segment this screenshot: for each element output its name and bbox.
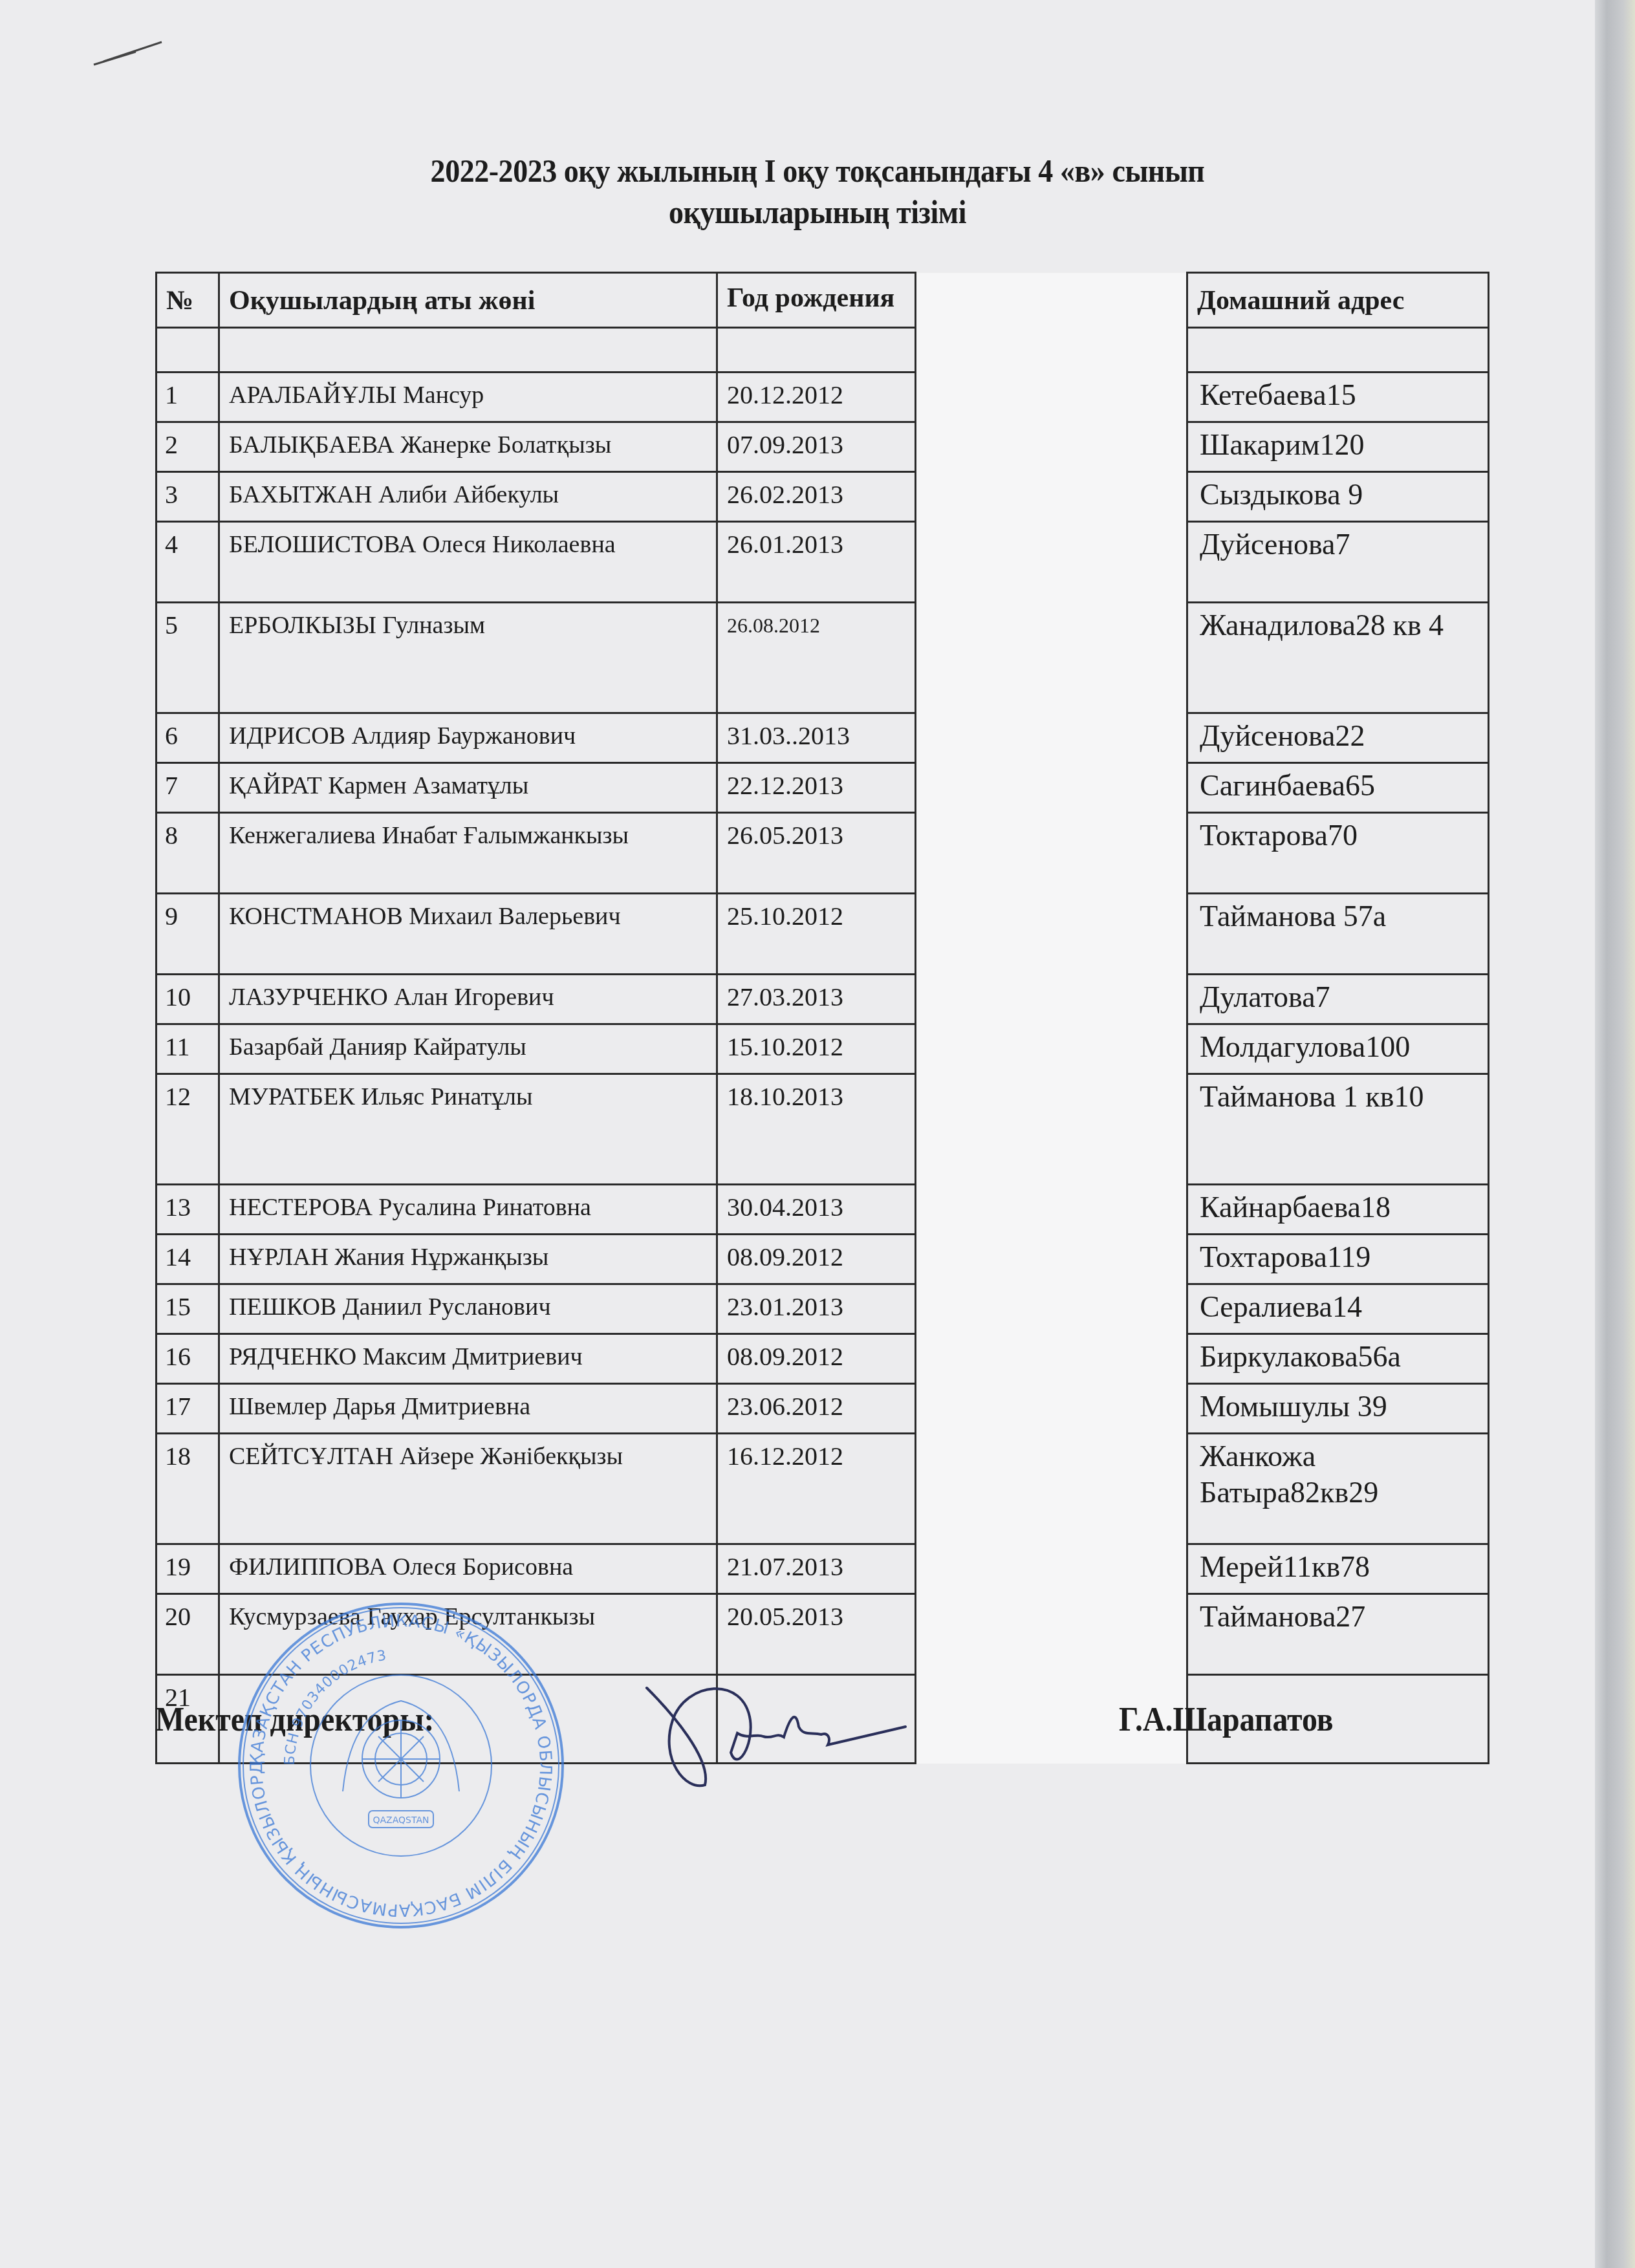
header-birth-date: Год рождения bbox=[717, 273, 916, 328]
iin-covered bbox=[916, 1544, 1187, 1594]
student-name: БАХЫТЖАН Алиби Айбекулы bbox=[219, 472, 717, 522]
director-name: Г.А.Шарапатов bbox=[1119, 1701, 1334, 1739]
iin-covered bbox=[916, 1185, 1187, 1235]
iin-covered bbox=[916, 1235, 1187, 1284]
birth-date: 26.08.2012 bbox=[717, 603, 916, 713]
student-name: МУРАТБЕК Ильяс Ринатұлы bbox=[219, 1074, 717, 1185]
student-list-table: № Оқушылардың аты жөні Год рождения Дома… bbox=[155, 272, 1488, 1764]
home-address: Токтарова70 bbox=[1187, 813, 1489, 894]
student-name: ФИЛИППОВА Олеся Борисовна bbox=[219, 1544, 717, 1594]
birth-date: 26.01.2013 bbox=[717, 522, 916, 603]
row-number: 13 bbox=[157, 1185, 219, 1235]
birth-date: 26.02.2013 bbox=[717, 472, 916, 522]
birth-date: 07.09.2013 bbox=[717, 422, 916, 472]
birth-date: 25.10.2012 bbox=[717, 894, 916, 975]
table-row: 12МУРАТБЕК Ильяс Ринатұлы18.10.2013Тайма… bbox=[157, 1074, 1489, 1185]
home-address: Тайманова 1 кв10 bbox=[1187, 1074, 1489, 1185]
svg-text:QAZAQSTAN: QAZAQSTAN bbox=[373, 1815, 429, 1826]
iin-covered bbox=[916, 813, 1187, 894]
row-number: 15 bbox=[157, 1284, 219, 1334]
home-address: Момышулы 39 bbox=[1187, 1384, 1489, 1434]
iin-covered bbox=[916, 1334, 1187, 1384]
iin-covered bbox=[916, 1024, 1187, 1074]
birth-date: 18.10.2013 bbox=[717, 1074, 916, 1185]
row-number: 17 bbox=[157, 1384, 219, 1434]
home-address: Кетебаева15 bbox=[1187, 373, 1489, 422]
birth-date: 23.06.2012 bbox=[717, 1384, 916, 1434]
row-number: 4 bbox=[157, 522, 219, 603]
home-address: Дуйсенова22 bbox=[1187, 713, 1489, 763]
header-name: Оқушылардың аты жөні bbox=[219, 273, 717, 328]
table-row: 6ИДРИСОВ Алдияр Бауржанович31.03..2013Ду… bbox=[157, 713, 1489, 763]
student-name: АРАЛБАЙҰЛЫ Мансур bbox=[219, 373, 717, 422]
header-number: № bbox=[157, 273, 219, 328]
birth-date: 08.09.2012 bbox=[717, 1334, 916, 1384]
pen-mark bbox=[91, 26, 168, 71]
title-line-1: 2022-2023 оқу жылының І оқу тоқсанындағы… bbox=[65, 150, 1570, 191]
home-address: Жанкожа Батыра82кв29 bbox=[1187, 1434, 1489, 1544]
birth-date: 27.03.2013 bbox=[717, 975, 916, 1024]
home-address: Дуйсенова7 bbox=[1187, 522, 1489, 603]
row-number: 19 bbox=[157, 1544, 219, 1594]
table-row: 15ПЕШКОВ Даниил Русланович23.01.2013Сера… bbox=[157, 1284, 1489, 1334]
birth-date: 22.12.2013 bbox=[717, 763, 916, 813]
home-address: Шакарим120 bbox=[1187, 422, 1489, 472]
student-name: Базарбай Данияр Кайратулы bbox=[219, 1024, 717, 1074]
row-number: 3 bbox=[157, 472, 219, 522]
student-name: РЯДЧЕНКО Максим Дмитриевич bbox=[219, 1334, 717, 1384]
student-name: ИДРИСОВ Алдияр Бауржанович bbox=[219, 713, 717, 763]
birth-date: 20.12.2012 bbox=[717, 373, 916, 422]
row-number: 18 bbox=[157, 1434, 219, 1544]
student-name: БАЛЫҚБАЕВА Жанерке Болатқызы bbox=[219, 422, 717, 472]
student-name: СЕЙТСҰЛТАН Айзере Жәнібекқызы bbox=[219, 1434, 717, 1544]
table-row: 8Кенжегалиева Инабат Ғалымжанкызы26.05.2… bbox=[157, 813, 1489, 894]
student-name: ПЕШКОВ Даниил Русланович bbox=[219, 1284, 717, 1334]
birth-date: 16.12.2012 bbox=[717, 1434, 916, 1544]
header-address: Домашний адрес bbox=[1187, 273, 1489, 328]
iin-covered bbox=[916, 713, 1187, 763]
birth-date: 21.07.2013 bbox=[717, 1544, 916, 1594]
iin-covered bbox=[916, 975, 1187, 1024]
iin-covered bbox=[916, 1384, 1187, 1434]
table-row: 19ФИЛИППОВА Олеся Борисовна21.07.2013Мер… bbox=[157, 1544, 1489, 1594]
empty-row bbox=[157, 328, 1489, 373]
home-address: Сагинбаева65 bbox=[1187, 763, 1489, 813]
row-number: 11 bbox=[157, 1024, 219, 1074]
row-number: 8 bbox=[157, 813, 219, 894]
row-number: 7 bbox=[157, 763, 219, 813]
table-row: 11Базарбай Данияр Кайратулы15.10.2012Мол… bbox=[157, 1024, 1489, 1074]
iin-covered bbox=[916, 472, 1187, 522]
birth-date: 31.03..2013 bbox=[717, 713, 916, 763]
row-number: 5 bbox=[157, 603, 219, 713]
row-number: 14 bbox=[157, 1235, 219, 1284]
student-name: БЕЛОШИСТОВА Олеся Николаевна bbox=[219, 522, 717, 603]
row-number: 16 bbox=[157, 1334, 219, 1384]
birth-date: 26.05.2013 bbox=[717, 813, 916, 894]
document-title: 2022-2023 оқу жылының І оқу тоқсанындағы… bbox=[65, 150, 1570, 233]
home-address: Сыздыкова 9 bbox=[1187, 472, 1489, 522]
title-line-2: оқушыларының тізімі bbox=[65, 191, 1570, 233]
iin-covered bbox=[916, 373, 1187, 422]
row-number: 6 bbox=[157, 713, 219, 763]
student-name: Кенжегалиева Инабат Ғалымжанкызы bbox=[219, 813, 717, 894]
iin-covered bbox=[916, 522, 1187, 603]
table-row: 9КОНСТМАНОВ Михаил Валерьевич25.10.2012Т… bbox=[157, 894, 1489, 975]
table-row: 3БАХЫТЖАН Алиби Айбекулы26.02.2013Сыздык… bbox=[157, 472, 1489, 522]
birth-date: 23.01.2013 bbox=[717, 1284, 916, 1334]
row-number: 10 bbox=[157, 975, 219, 1024]
table-row: 13НЕСТЕРОВА Русалина Ринатовна30.04.2013… bbox=[157, 1185, 1489, 1235]
table-row: 16РЯДЧЕНКО Максим Дмитриевич08.09.2012Би… bbox=[157, 1334, 1489, 1384]
table-row: 7ҚАЙРАТ Кармен Азаматұлы22.12.2013Сагинб… bbox=[157, 763, 1489, 813]
home-address: Тохтарова119 bbox=[1187, 1235, 1489, 1284]
student-name: ЕРБОЛКЫЗЫ Гулназым bbox=[219, 603, 717, 713]
row-number: 20 bbox=[157, 1594, 219, 1675]
table-row: 10ЛАЗУРЧЕНКО Алан Игоревич27.03.2013Дула… bbox=[157, 975, 1489, 1024]
row-number: 12 bbox=[157, 1074, 219, 1185]
official-stamp-icon: ҚАЗАҚСТАН РЕСПУБЛИКАСЫ «ҚЫЗЫЛОРДА ОБЛЫСЫ… bbox=[233, 1597, 569, 1934]
iin-covered bbox=[916, 603, 1187, 713]
student-name: ҚАЙРАТ Кармен Азаматұлы bbox=[219, 763, 717, 813]
scanner-page-edge bbox=[1595, 0, 1635, 2268]
table-row: 4БЕЛОШИСТОВА Олеся Николаевна26.01.2013Д… bbox=[157, 522, 1489, 603]
home-address: Тайманова27 bbox=[1187, 1594, 1489, 1675]
home-address: Кайнарбаева18 bbox=[1187, 1185, 1489, 1235]
iin-covered bbox=[916, 1594, 1187, 1675]
iin-covered bbox=[916, 1074, 1187, 1185]
table-row: 1АРАЛБАЙҰЛЫ Мансур20.12.2012Кетебаева15 bbox=[157, 373, 1489, 422]
student-name: КОНСТМАНОВ Михаил Валерьевич bbox=[219, 894, 717, 975]
signature-icon bbox=[634, 1662, 931, 1798]
student-name: Швемлер Дарья Дмитриевна bbox=[219, 1384, 717, 1434]
table-row: 2БАЛЫҚБАЕВА Жанерке Болатқызы07.09.2013Ш… bbox=[157, 422, 1489, 472]
home-address: Молдагулова100 bbox=[1187, 1024, 1489, 1074]
home-address: Тайманова 57а bbox=[1187, 894, 1489, 975]
home-address: Сералиева14 bbox=[1187, 1284, 1489, 1334]
iin-covered bbox=[916, 422, 1187, 472]
table-row: 17Швемлер Дарья Дмитриевна23.06.2012Момы… bbox=[157, 1384, 1489, 1434]
home-address: Дулатова7 bbox=[1187, 975, 1489, 1024]
header-iin-covered bbox=[916, 273, 1187, 328]
row-number: 9 bbox=[157, 894, 219, 975]
birth-date: 08.09.2012 bbox=[717, 1235, 916, 1284]
table-row: 14НҰРЛАН Жания Нұржанқызы08.09.2012Тохта… bbox=[157, 1235, 1489, 1284]
iin-covered bbox=[916, 763, 1187, 813]
iin-covered bbox=[916, 1284, 1187, 1334]
student-name: ЛАЗУРЧЕНКО Алан Игоревич bbox=[219, 975, 717, 1024]
student-name: НЕСТЕРОВА Русалина Ринатовна bbox=[219, 1185, 717, 1235]
home-address: Биркулакова56а bbox=[1187, 1334, 1489, 1384]
student-name: НҰРЛАН Жания Нұржанқызы bbox=[219, 1235, 717, 1284]
home-address: Жанадилова28 кв 4 bbox=[1187, 603, 1489, 713]
birth-date: 15.10.2012 bbox=[717, 1024, 916, 1074]
table-row: 18СЕЙТСҰЛТАН Айзере Жәнібекқызы16.12.201… bbox=[157, 1434, 1489, 1544]
table-row: 5ЕРБОЛКЫЗЫ Гулназым26.08.2012Жанадилова2… bbox=[157, 603, 1489, 713]
iin-covered bbox=[916, 1434, 1187, 1544]
iin-covered bbox=[916, 894, 1187, 975]
birth-date: 30.04.2013 bbox=[717, 1185, 916, 1235]
row-number: 2 bbox=[157, 422, 219, 472]
home-address: Мерей11кв78 bbox=[1187, 1544, 1489, 1594]
row-number: 1 bbox=[157, 373, 219, 422]
